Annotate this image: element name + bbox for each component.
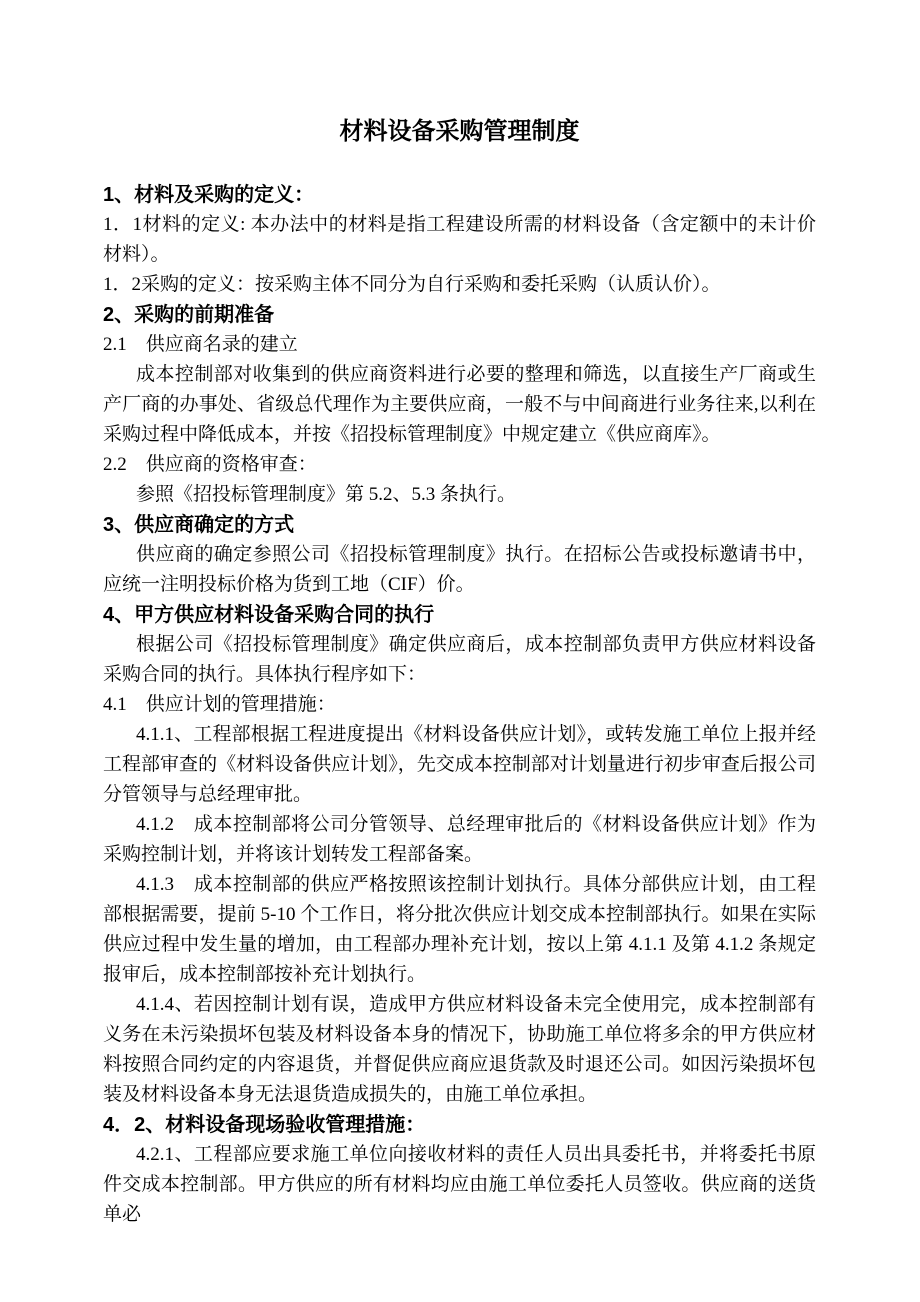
para-3-body: 供应商的确定参照公司《招投标管理制度》执行。在招标公告或投标邀请书中，应统一注明…: [103, 540, 816, 600]
heading-1: 1、材料及采购的定义：: [103, 180, 816, 210]
para-2-2-title: 2.2 供应商的资格审查：: [103, 450, 816, 480]
document-page: 材料设备采购管理制度 1、材料及采购的定义： 1．1材料的定义: 本办法中的材料…: [0, 0, 920, 1302]
para-4-2-1: 4.2.1、工程部应要求施工单位向接收材料的责任人员出具委托书，并将委托书原件交…: [103, 1140, 816, 1230]
para-4-1-2: 4.1.2 成本控制部将公司分管领导、总经理审批后的《材料设备供应计划》作为采购…: [103, 810, 816, 870]
para-4-1-title: 4.1 供应计划的管理措施：: [103, 690, 816, 720]
para-2-1-body: 成本控制部对收集到的供应商资料进行必要的整理和筛选，以直接生产厂商或生产厂商的办…: [103, 360, 816, 450]
heading-3: 3、供应商确定的方式: [103, 510, 816, 540]
heading-2: 2、采购的前期准备: [103, 300, 816, 330]
para-1-1: 1．1材料的定义: 本办法中的材料是指工程建设所需的材料设备（含定额中的未计价材…: [103, 210, 816, 270]
para-4-intro: 根据公司《招投标管理制度》确定供应商后，成本控制部负责甲方供应材料设备采购合同的…: [103, 630, 816, 690]
heading-4-2: 4．2、材料设备现场验收管理措施：: [103, 1110, 816, 1140]
para-1-2: 1．2采购的定义：按采购主体不同分为自行采购和委托采购（认质认价）。: [103, 270, 816, 300]
para-4-1-3: 4.1.3 成本控制部的供应严格按照该控制计划执行。具体分部供应计划，由工程部根…: [103, 870, 816, 990]
para-4-1-4: 4.1.4、若因控制计划有误，造成甲方供应材料设备未完全使用完，成本控制部有义务…: [103, 990, 816, 1110]
para-4-1-1: 4.1.1、工程部根据工程进度提出《材料设备供应计划》，或转发施工单位上报并经工…: [103, 720, 816, 810]
para-2-2-body: 参照《招投标管理制度》第 5.2、5.3 条执行。: [103, 480, 816, 510]
heading-4: 4、甲方供应材料设备采购合同的执行: [103, 600, 816, 630]
para-2-1-title: 2.1 供应商名录的建立: [103, 330, 816, 360]
document-content: 材料设备采购管理制度 1、材料及采购的定义： 1．1材料的定义: 本办法中的材料…: [103, 112, 816, 1230]
document-title: 材料设备采购管理制度: [103, 112, 816, 152]
